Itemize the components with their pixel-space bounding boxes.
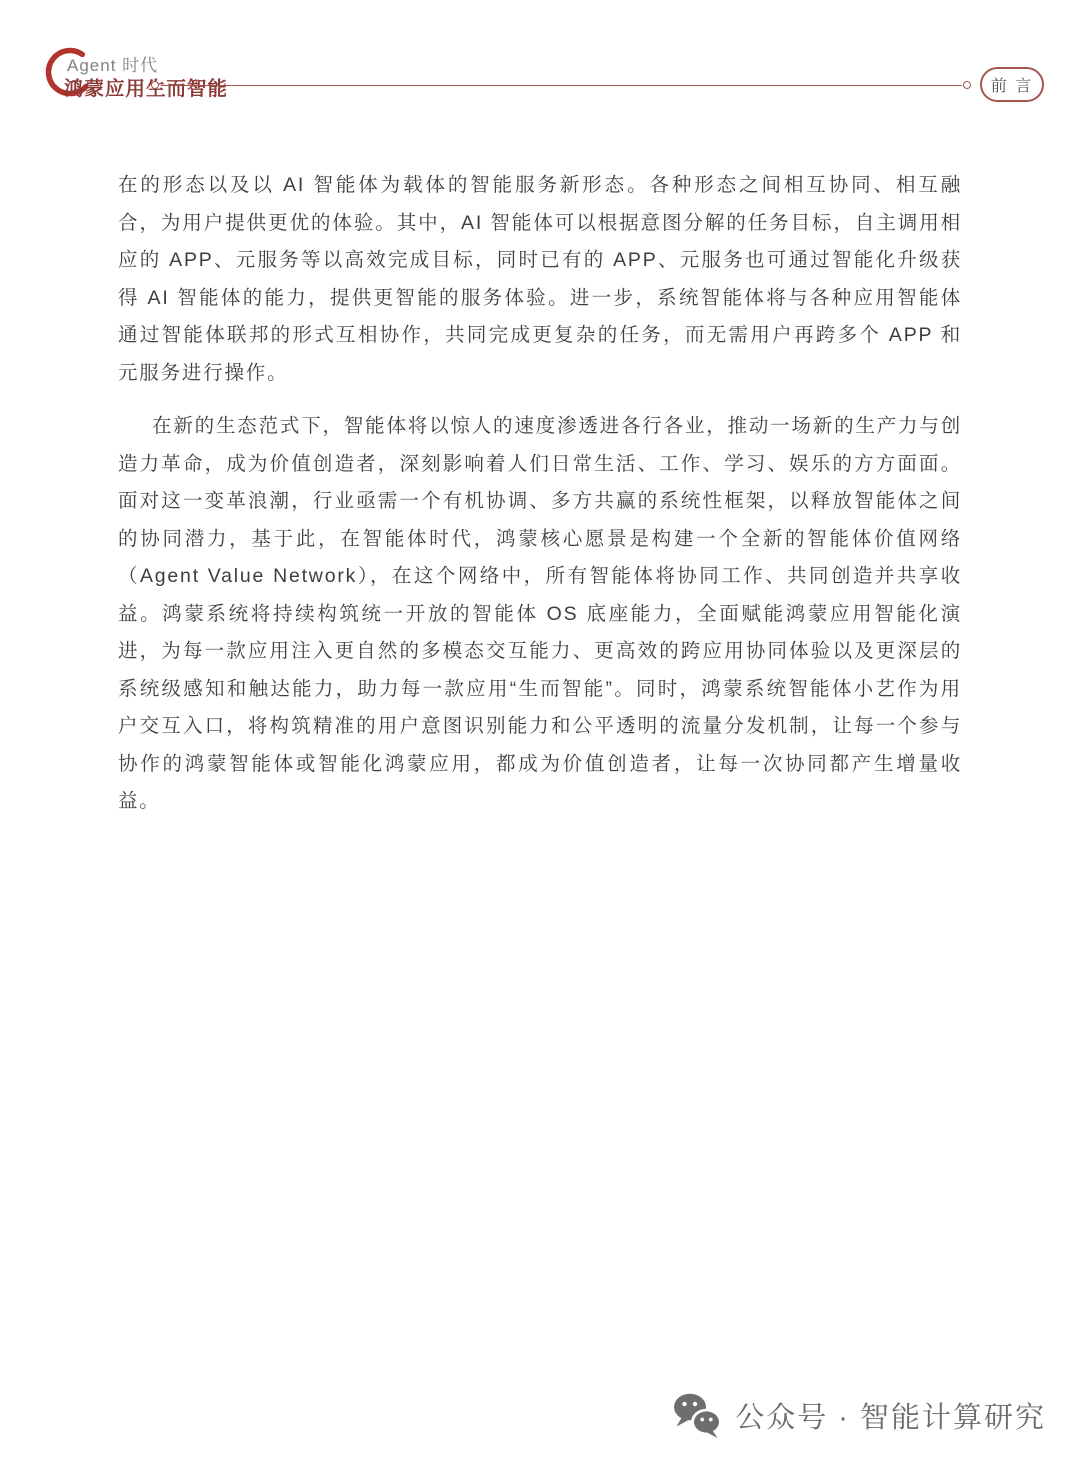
body-text: 在的形态以及以 AI 智能体为载体的智能服务新形态。各种形态之间相互协同、相互融… — [118, 167, 962, 837]
header-rule-line — [161, 85, 962, 86]
rule-endpoint-dot — [151, 81, 159, 89]
page-footer: 公众号 · 智能计算研究 — [672, 1392, 1046, 1439]
wechat-icon — [672, 1392, 722, 1439]
section-badge: 前 言 — [980, 67, 1044, 102]
paragraph-1: 在的形态以及以 AI 智能体为载体的智能服务新形态。各种形态之间相互协同、相互融… — [118, 167, 962, 392]
logo-title: 鸿蒙应用生而智能 — [64, 73, 228, 101]
paragraph-2: 在新的生态范式下，智能体将以惊人的速度渗透进各行各业，推动一场新的生产力与创造力… — [118, 408, 962, 821]
rule-endpoint-dot — [963, 81, 971, 89]
footer-text: 公众号 · 智能计算研究 — [735, 1395, 1046, 1436]
document-page: Agent 时代 鸿蒙应用生而智能 前 言 在的形态以及以 AI 智能体为载体的… — [0, 0, 1080, 1466]
